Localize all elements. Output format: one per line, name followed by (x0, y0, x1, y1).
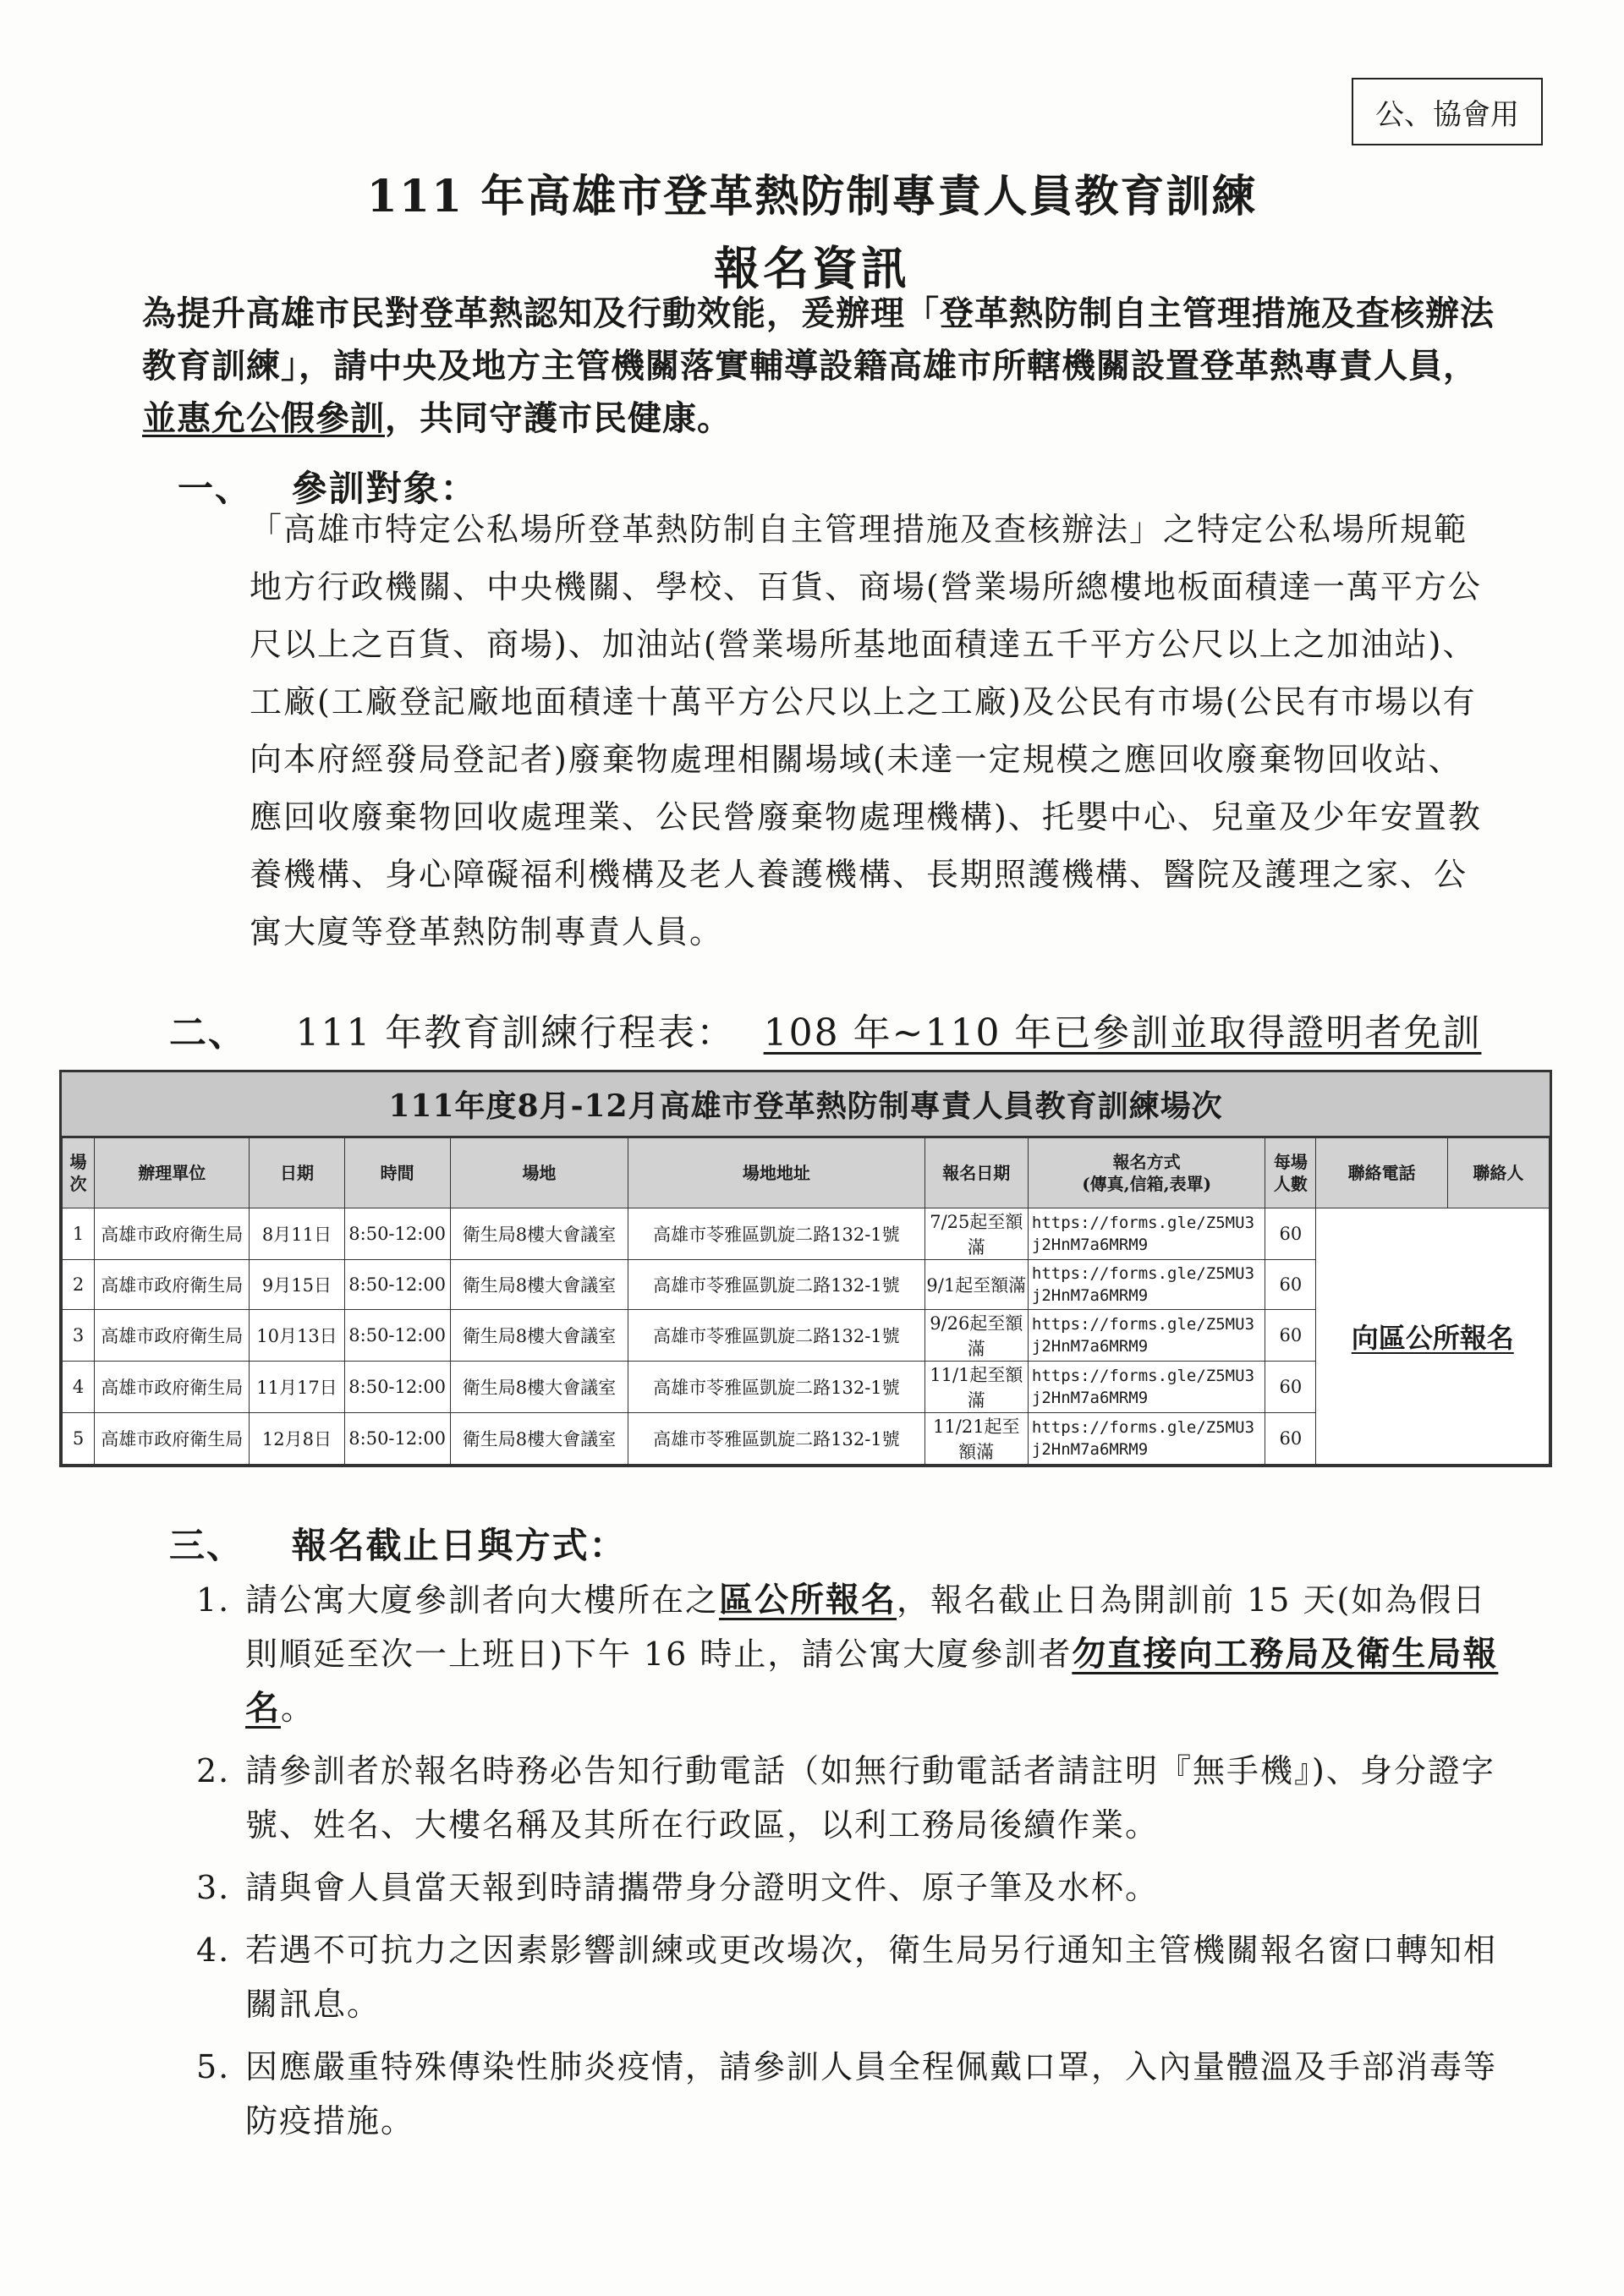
cell-reg-link[interactable]: https://forms.gle/Z5MU3j2HnM7a6MRM9 (1028, 1362, 1265, 1413)
cell-contact-merged: 向區公所報名 (1316, 1208, 1550, 1465)
col-header-venue: 場地 (450, 1138, 628, 1208)
cell-reg-date: 11/21起至額滿 (924, 1413, 1028, 1465)
item-number: 4. (196, 1923, 230, 1977)
item-number: 1. (196, 1573, 230, 1627)
cell-reg-link[interactable]: https://forms.gle/Z5MU3j2HnM7a6MRM9 (1028, 1310, 1265, 1362)
usage-tag: 公、協會用 (1352, 78, 1543, 145)
cell-time: 8:50-12:00 (344, 1208, 450, 1260)
link-part[interactable]: https://forms.gle/Z5MU3 (1032, 1212, 1265, 1234)
cell-unit: 高雄市政府衛生局 (95, 1413, 250, 1465)
item-text: 請與會人員當天報到時請攜帶身分證明文件、原子筆及水杯。 (245, 1869, 1159, 1906)
col-header-date: 日期 (250, 1138, 344, 1208)
cell-address: 高雄市苓雅區凱旋二路132-1號 (628, 1413, 925, 1465)
item-text: 若遇不可抗力之因素影響訓練或更改場次，衛生局另行通知主管機關報名窗口轉知相關訊息… (245, 1932, 1497, 2023)
link-part[interactable]: j2HnM7a6MRM9 (1032, 1335, 1265, 1357)
cell-unit: 高雄市政府衛生局 (95, 1362, 250, 1413)
link-part[interactable]: https://forms.gle/Z5MU3 (1032, 1263, 1265, 1285)
cell-unit: 高雄市政府衛生局 (95, 1208, 250, 1260)
document-title: 111 年高雄市登革熱防制專責人員教育訓練 (0, 161, 1624, 224)
cell-venue: 衛生局8樓大會議室 (450, 1310, 628, 1362)
cell-capacity: 60 (1265, 1310, 1316, 1362)
section2-title: 111 年教育訓練行程表： (295, 1011, 735, 1055)
cell-date: 8月11日 (250, 1208, 344, 1260)
cell-capacity: 60 (1265, 1260, 1316, 1310)
item-text: 因應嚴重特殊傳染性肺炎疫情，請參訓人員全程佩戴口罩，入內量體溫及手部消毒等防疫措… (245, 2048, 1497, 2140)
table-header-row: 場次 辦理單位 日期 時間 場地 場地地址 報名日期 報名方式 (傳真,信箱,表… (63, 1138, 1550, 1208)
link-part[interactable]: j2HnM7a6MRM9 (1032, 1285, 1265, 1307)
section2-heading: 二、 111 年教育訓練行程表： 108 年~110 年已參訓並取得證明者免訓 (169, 1002, 1481, 1056)
cell-capacity: 60 (1265, 1208, 1316, 1260)
cell-no: 1 (63, 1208, 95, 1260)
schedule-table: 111年度8月-12月高雄市登革熱防制專責人員教育訓練場次 場次 辦理單位 日期… (59, 1070, 1552, 1467)
col-header-phone: 聯絡電話 (1316, 1138, 1447, 1208)
cell-unit: 高雄市政府衛生局 (95, 1310, 250, 1362)
link-part[interactable]: j2HnM7a6MRM9 (1032, 1234, 1265, 1256)
cell-time: 8:50-12:00 (344, 1362, 450, 1413)
section2-number: 二、 (169, 1011, 247, 1055)
cell-no: 3 (63, 1310, 95, 1362)
table-row: 1 高雄市政府衛生局 8月11日 8:50-12:00 衛生局8樓大會議室 高雄… (63, 1208, 1550, 1260)
cell-venue: 衛生局8樓大會議室 (450, 1413, 628, 1465)
col-header-unit: 辦理單位 (95, 1138, 250, 1208)
intro-text: 為提升高雄市民對登革熱認知及行動效能，爰辦理「登革熱防制自主管理措施及查核辦法教… (142, 293, 1495, 386)
link-part[interactable]: j2HnM7a6MRM9 (1032, 1438, 1265, 1460)
col-header-capacity: 每場人數 (1265, 1138, 1316, 1208)
col-header-address: 場地地址 (628, 1138, 925, 1208)
cell-venue: 衛生局8樓大會議室 (450, 1260, 628, 1310)
cell-date: 11月17日 (250, 1362, 344, 1413)
link-part[interactable]: https://forms.gle/Z5MU3 (1032, 1313, 1265, 1335)
section1-body: 「高雄市特定公私場所登革熱防制自主管理措施及查核辦法」之特定公私場所規範地方行政… (250, 501, 1493, 961)
cell-address: 高雄市苓雅區凱旋二路132-1號 (628, 1260, 925, 1310)
cell-venue: 衛生局8樓大會議室 (450, 1362, 628, 1413)
cell-venue: 衛生局8樓大會議室 (450, 1208, 628, 1260)
cell-date: 10月13日 (250, 1310, 344, 1362)
col-header-reg-method: 報名方式 (傳真,信箱,表單) (1028, 1138, 1265, 1208)
col-header-reg-date: 報名日期 (924, 1138, 1028, 1208)
cell-no: 2 (63, 1260, 95, 1310)
cell-reg-date: 9/1起至額滿 (924, 1260, 1028, 1310)
col-header-contact: 聯絡人 (1447, 1138, 1549, 1208)
cell-time: 8:50-12:00 (344, 1413, 450, 1465)
cell-unit: 高雄市政府衛生局 (95, 1260, 250, 1310)
cell-time: 8:50-12:00 (344, 1260, 450, 1310)
section3-title: 報名截止日與方式： (292, 1525, 627, 1566)
cell-reg-link[interactable]: https://forms.gle/Z5MU3j2HnM7a6MRM9 (1028, 1413, 1265, 1465)
col-header-no: 場次 (63, 1138, 95, 1208)
list-item: 4. 若遇不可抗力之因素影響訓練或更改場次，衛生局另行通知主管機關報名窗口轉知相… (196, 1923, 1516, 2031)
section3-heading: 三、 報名截止日與方式： (169, 1518, 627, 1569)
list-item: 3. 請與會人員當天報到時請攜帶身分證明文件、原子筆及水杯。 (196, 1860, 1516, 1915)
list-item: 5. 因應嚴重特殊傳染性肺炎疫情，請參訓人員全程佩戴口罩，入內量體溫及手部消毒等… (196, 2040, 1516, 2148)
link-part[interactable]: j2HnM7a6MRM9 (1032, 1387, 1265, 1409)
intro-emphasis: 並惠允公假參訓 (142, 398, 385, 438)
contact-note: 向區公所報名 (1352, 1322, 1514, 1354)
cell-time: 8:50-12:00 (344, 1310, 450, 1362)
cell-reg-link[interactable]: https://forms.gle/Z5MU3j2HnM7a6MRM9 (1028, 1208, 1265, 1260)
cell-date: 9月15日 (250, 1260, 344, 1310)
intro-text-end: ，共同守護市民健康。 (385, 398, 732, 438)
cell-capacity: 60 (1265, 1413, 1316, 1465)
link-part[interactable]: https://forms.gle/Z5MU3 (1032, 1365, 1265, 1387)
cell-date: 12月8日 (250, 1413, 344, 1465)
col-header-time: 時間 (344, 1138, 450, 1208)
cell-address: 高雄市苓雅區凱旋二路132-1號 (628, 1310, 925, 1362)
section3-number: 三、 (169, 1525, 244, 1566)
section1-number: 一、 (178, 468, 252, 509)
link-part[interactable]: https://forms.gle/Z5MU3 (1032, 1417, 1265, 1438)
cell-no: 4 (63, 1362, 95, 1413)
cell-no: 5 (63, 1413, 95, 1465)
cell-address: 高雄市苓雅區凱旋二路132-1號 (628, 1208, 925, 1260)
item-number: 3. (196, 1860, 230, 1915)
item-number: 2. (196, 1744, 230, 1798)
item-number: 5. (196, 2040, 230, 2094)
cell-reg-date: 9/26起至額滿 (924, 1310, 1028, 1362)
registration-rules-list: 1. 請公寓大廈參訓者向大樓所在之區公所報名，報名截止日為開訓前 15 天(如為… (196, 1573, 1516, 2156)
cell-capacity: 60 (1265, 1362, 1316, 1413)
item-emphasis: 區公所報名 (719, 1580, 897, 1619)
item-text: 請參訓者於報名時務必告知行動電話（如無行動電話者請註明『無手機』)、身分證字號、… (245, 1752, 1495, 1844)
cell-address: 高雄市苓雅區凱旋二路132-1號 (628, 1362, 925, 1413)
item-text: 。 (281, 1690, 315, 1727)
intro-paragraph: 為提升高雄市民對登革熱認知及行動效能，爰辦理「登革熱防制自主管理措施及查核辦法教… (142, 288, 1495, 445)
cell-reg-date: 7/25起至額滿 (924, 1208, 1028, 1260)
list-item: 2. 請參訓者於報名時務必告知行動電話（如無行動電話者請註明『無手機』)、身分證… (196, 1744, 1516, 1852)
section2-note: 108 年~110 年已參訓並取得證明者免訓 (764, 1011, 1482, 1055)
item-text: 請公寓大廈參訓者向大樓所在之 (245, 1581, 719, 1619)
table-title: 111年度8月-12月高雄市登革熱防制專責人員教育訓練場次 (62, 1072, 1550, 1137)
cell-reg-link[interactable]: https://forms.gle/Z5MU3j2HnM7a6MRM9 (1028, 1260, 1265, 1310)
list-item: 1. 請公寓大廈參訓者向大樓所在之區公所報名，報名截止日為開訓前 15 天(如為… (196, 1573, 1516, 1735)
cell-reg-date: 11/1起至額滿 (924, 1362, 1028, 1413)
